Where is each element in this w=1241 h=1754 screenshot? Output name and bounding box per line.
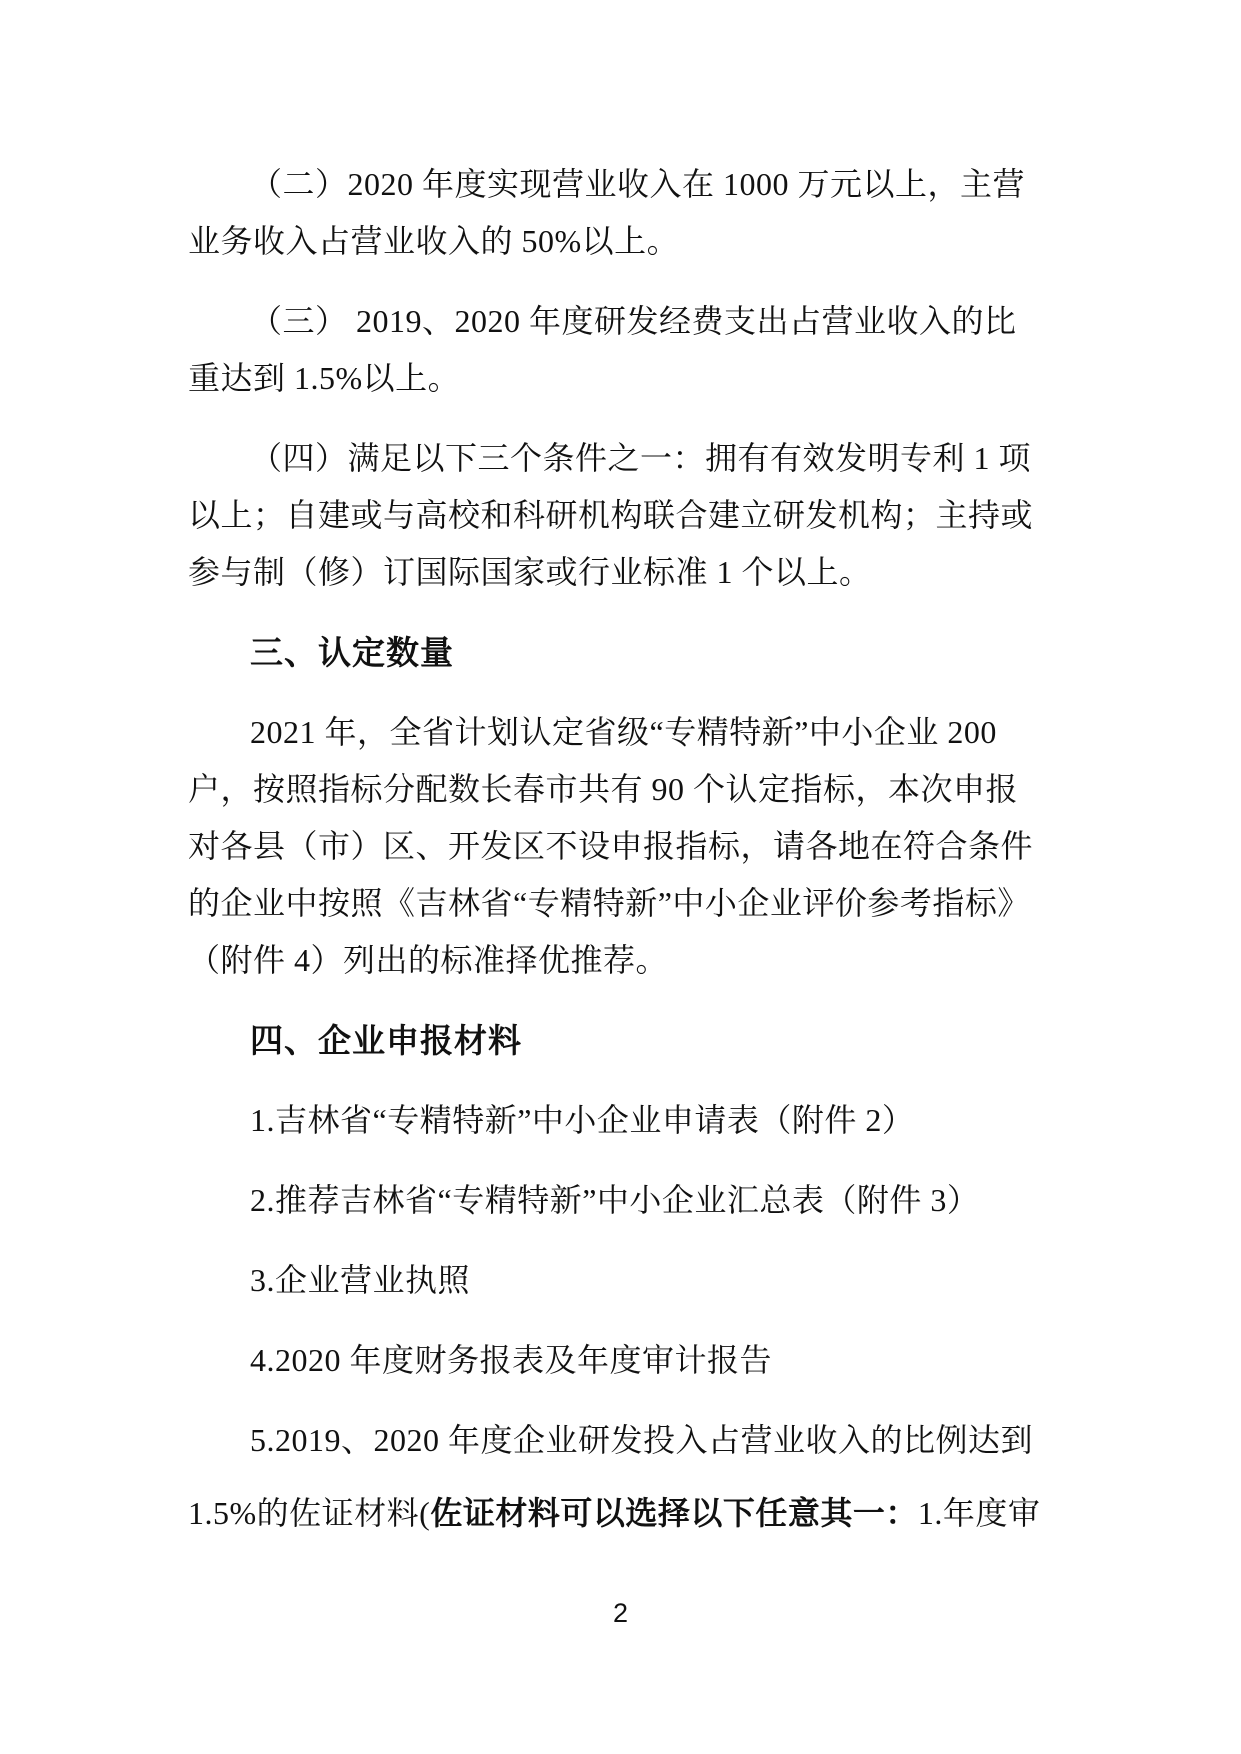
bold-text-run: 佐证材料可以选择以下任意其一： [430,1495,918,1531]
material-item-1: 1.吉林省“专精特新”中小企业申请表（附件 2） [188,1092,1118,1149]
text-line: 2.推荐吉林省“专精特新”中小企业汇总表（附件 3） [188,1172,1118,1229]
text-line: 以上；自建或与高校和科研机构联合建立研发机构；主持或 [188,487,1118,544]
text-run: 1.5%的佐证材料( [188,1495,430,1531]
material-item-4: 4.2020 年度财务报表及年度审计报告 [188,1332,1118,1389]
paragraph-condition-3: （三） 2019、2020 年度研发经费支出占营业收入的比 重达到 1.5%以上… [188,293,1118,407]
text-line: 重达到 1.5%以上。 [188,350,1118,407]
text-line: （三） 2019、2020 年度研发经费支出占营业收入的比 [188,293,1118,350]
heading-text: 四、企业申报材料 [188,1012,1118,1069]
text-line: （四）满足以下三个条件之一：拥有有效发明专利 1 项 [188,430,1118,487]
paragraph-condition-4: （四）满足以下三个条件之一：拥有有效发明专利 1 项 以上；自建或与高校和科研机… [188,430,1118,601]
document-body: （二）2020 年度实现营业收入在 1000 万元以上，主营 业务收入占营业收入… [188,156,1118,1565]
text-line: （二）2020 年度实现营业收入在 1000 万元以上，主营 [188,156,1118,213]
section-heading-4: 四、企业申报材料 [188,1012,1118,1069]
text-line: 3.企业营业执照 [188,1252,1118,1309]
text-line: 业务收入占营业收入的 50%以上。 [188,213,1118,270]
text-run: 1.年度审 [918,1495,1041,1531]
text-line: 2021 年，全省计划认定省级“专精特新”中小企业 200 [188,704,1118,761]
page-number: 2 [0,1597,1241,1629]
text-line: （附件 4）列出的标准择优推荐。 [188,932,1118,989]
section-heading-3: 三、认定数量 [188,624,1118,681]
material-item-2: 2.推荐吉林省“专精特新”中小企业汇总表（附件 3） [188,1172,1118,1229]
text-line: 户，按照指标分配数长春市共有 90 个认定指标，本次申报 [188,761,1118,818]
text-line: 1.5%的佐证材料(佐证材料可以选择以下任意其一：1.年度审 [188,1485,1118,1542]
document-page: （二）2020 年度实现营业收入在 1000 万元以上，主营 业务收入占营业收入… [0,0,1241,1754]
text-line: 参与制（修）订国际国家或行业标准 1 个以上。 [188,544,1118,601]
text-line: 的企业中按照《吉林省“专精特新”中小企业评价参考指标》 [188,875,1118,932]
heading-text: 三、认定数量 [188,624,1118,681]
material-item-3: 3.企业营业执照 [188,1252,1118,1309]
material-item-5: 5.2019、2020 年度企业研发投入占营业收入的比例达到 1.5%的佐证材料… [188,1412,1118,1542]
paragraph-quota: 2021 年，全省计划认定省级“专精特新”中小企业 200 户，按照指标分配数长… [188,704,1118,989]
text-line: 5.2019、2020 年度企业研发投入占营业收入的比例达到 [188,1412,1118,1469]
paragraph-condition-2: （二）2020 年度实现营业收入在 1000 万元以上，主营 业务收入占营业收入… [188,156,1118,270]
text-line: 4.2020 年度财务报表及年度审计报告 [188,1332,1118,1389]
text-line: 1.吉林省“专精特新”中小企业申请表（附件 2） [188,1092,1118,1149]
text-line: 对各县（市）区、开发区不设申报指标，请各地在符合条件 [188,818,1118,875]
